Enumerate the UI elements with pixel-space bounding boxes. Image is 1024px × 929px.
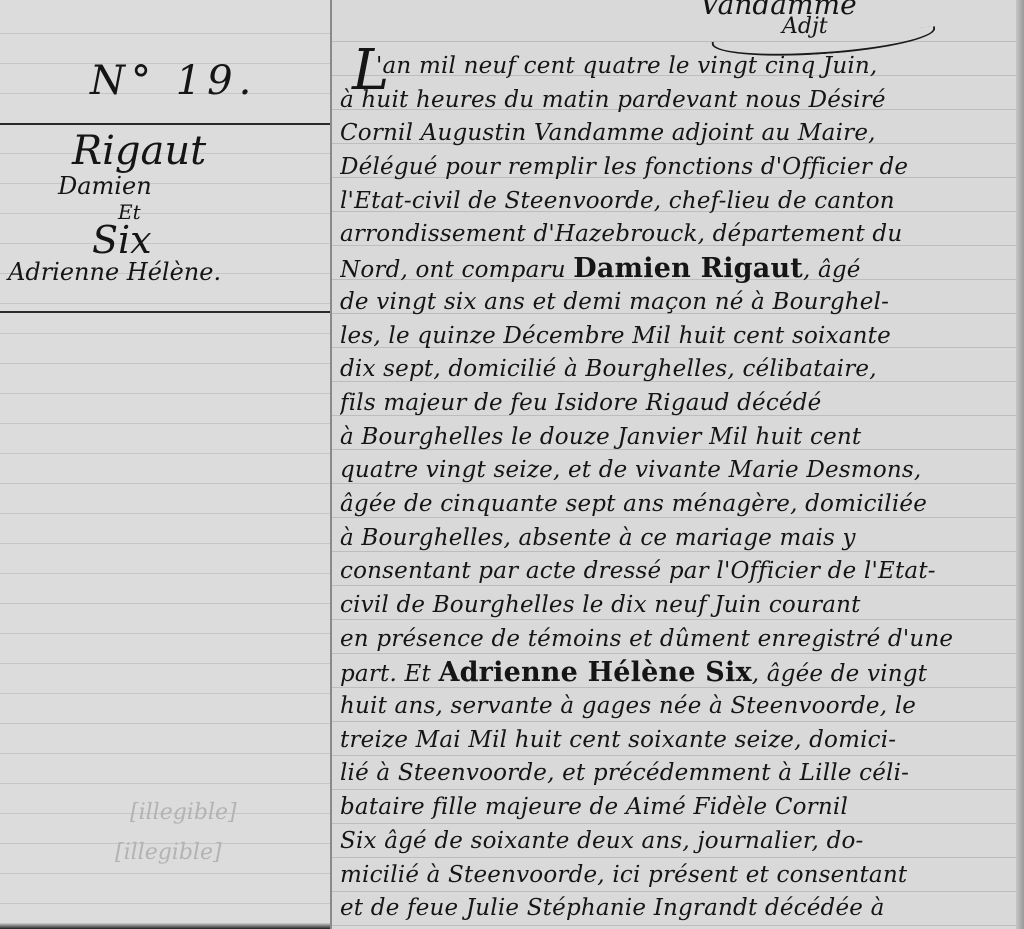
groom-name-inline: Damien Rigaut — [573, 253, 803, 284]
groom-surname: Rigaut — [72, 128, 206, 174]
text-line: 'an mil neuf cent quatre le vingt cinq J… — [340, 50, 1012, 84]
text-line: à Bourghelles, absente à ce mariage mais… — [340, 522, 1012, 556]
faint-bleedthrough-2: [illegible] — [115, 840, 222, 865]
text-segment: , âgée de vingt — [752, 661, 927, 687]
text-segment: part. Et — [340, 661, 431, 687]
text-line: arrondissement d'Hazebrouck, département… — [340, 218, 1012, 252]
act-body: 'an mil neuf cent quatre le vingt cinq J… — [340, 50, 1012, 926]
register-page: N° 19. Rigaut Damien Et Six Adrienne Hél… — [0, 0, 1024, 929]
text-line: les, le quinze Décembre Mil huit cent so… — [340, 320, 1012, 354]
faint-bleedthrough-1: [illegible] — [130, 800, 237, 825]
text-line: et de feue Julie Stéphanie Ingrandt décé… — [340, 892, 1012, 926]
text-line: treize Mai Mil huit cent soixante seize,… — [340, 724, 1012, 758]
signature-name: Vandamme — [700, 0, 857, 21]
text-segment: , âgé — [803, 257, 861, 283]
text-line: Cornil Augustin Vandamme adjoint au Mair… — [340, 117, 1012, 151]
text-line: à Bourghelles le douze Janvier Mil huit … — [340, 421, 1012, 455]
bride-surname: Six — [92, 218, 152, 262]
text-line-groom: Nord, ont comparu Damien Rigaut, âgé — [340, 252, 1012, 286]
text-line-bride: part. Et Adrienne Hélène Six, âgée de vi… — [340, 656, 1012, 690]
groom-given-name: Damien — [58, 172, 152, 200]
text-line: bataire fille majeure de Aimé Fidèle Cor… — [340, 791, 1012, 825]
text-line: en présence de témoins et dûment enregis… — [340, 623, 1012, 657]
text-line: quatre vingt seize, et de vivante Marie … — [340, 454, 1012, 488]
page-edge-shadow — [1016, 0, 1024, 929]
margin-rule-top — [0, 123, 330, 125]
text-line: de vingt six ans et demi maçon né à Bour… — [340, 286, 1012, 320]
text-line: âgée de cinquante sept ans ménagère, dom… — [340, 488, 1012, 522]
page-bottom-shadow — [0, 923, 330, 929]
text-line: huit ans, servante à gages née à Steenvo… — [340, 690, 1012, 724]
text-line: lié à Steenvoorde, et précédemment à Lil… — [340, 757, 1012, 791]
bride-name-inline: Adrienne Hélène Six — [438, 657, 751, 688]
text-line: à huit heures du matin pardevant nous Dé… — [340, 84, 1012, 118]
text-line: fils majeur de feu Isidore Rigaud décédé — [340, 387, 1012, 421]
text-line: civil de Bourghelles le dix neuf Juin co… — [340, 589, 1012, 623]
bride-given-name: Adrienne Hélène. — [8, 258, 221, 286]
text-line: Délégué pour remplir les fonctions d'Off… — [340, 151, 1012, 185]
text-line: micilié à Steenvoorde, ici présent et co… — [340, 859, 1012, 893]
text-line: consentant par acte dressé par l'Officie… — [340, 555, 1012, 589]
text-line: dix sept, domicilié à Bourghelles, célib… — [340, 353, 1012, 387]
act-number: N° 19. — [90, 58, 257, 104]
margin-divider — [330, 0, 332, 929]
text-segment: Nord, ont comparu — [340, 257, 566, 283]
margin-rule-bottom — [0, 311, 330, 313]
text-line: Six âgé de soixante deux ans, journalier… — [340, 825, 1012, 859]
text-line: l'Etat-civil de Steenvoorde, chef-lieu d… — [340, 185, 1012, 219]
